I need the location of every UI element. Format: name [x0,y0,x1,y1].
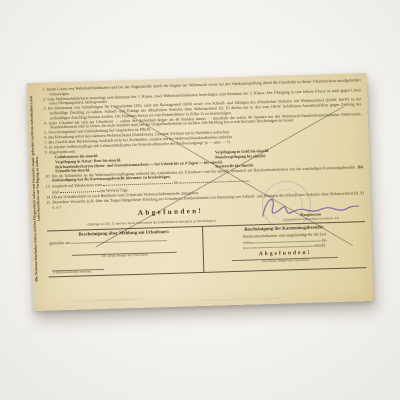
report-certification-box: Bescheinigung über Meldung am Urlaubsort… [47,227,204,277]
einschl-label: einschl. [314,243,326,248]
bis-blank [243,243,313,249]
card-office-certification-box: Bescheinigung der Kartenausgabestelle: R… [202,222,366,272]
tobacco-bis-label: bis [174,180,179,185]
bis-label: bis [322,237,327,242]
certification-boxes: Bescheinigung über Meldung am Urlaubsort… [47,221,366,277]
tobacco-from-blank [103,180,173,186]
reported-on-blank [71,237,166,244]
strike-out-footnote: *) Nichtzutreffendes streichen. [52,269,104,276]
vom-label: vom [243,239,250,244]
leave-pass-document: Alle Wehrmachturlauber haben sich bei Fl… [27,73,374,311]
tobacco-to-blank [179,178,249,184]
reported-on-label: gemeldet am [49,240,70,246]
photo-background: Alle Wehrmachturlauber haben sich bei Fl… [0,0,400,400]
instructions-list: 1. Beim Lösen von Wehrmachtfahrkarten un… [43,78,367,307]
